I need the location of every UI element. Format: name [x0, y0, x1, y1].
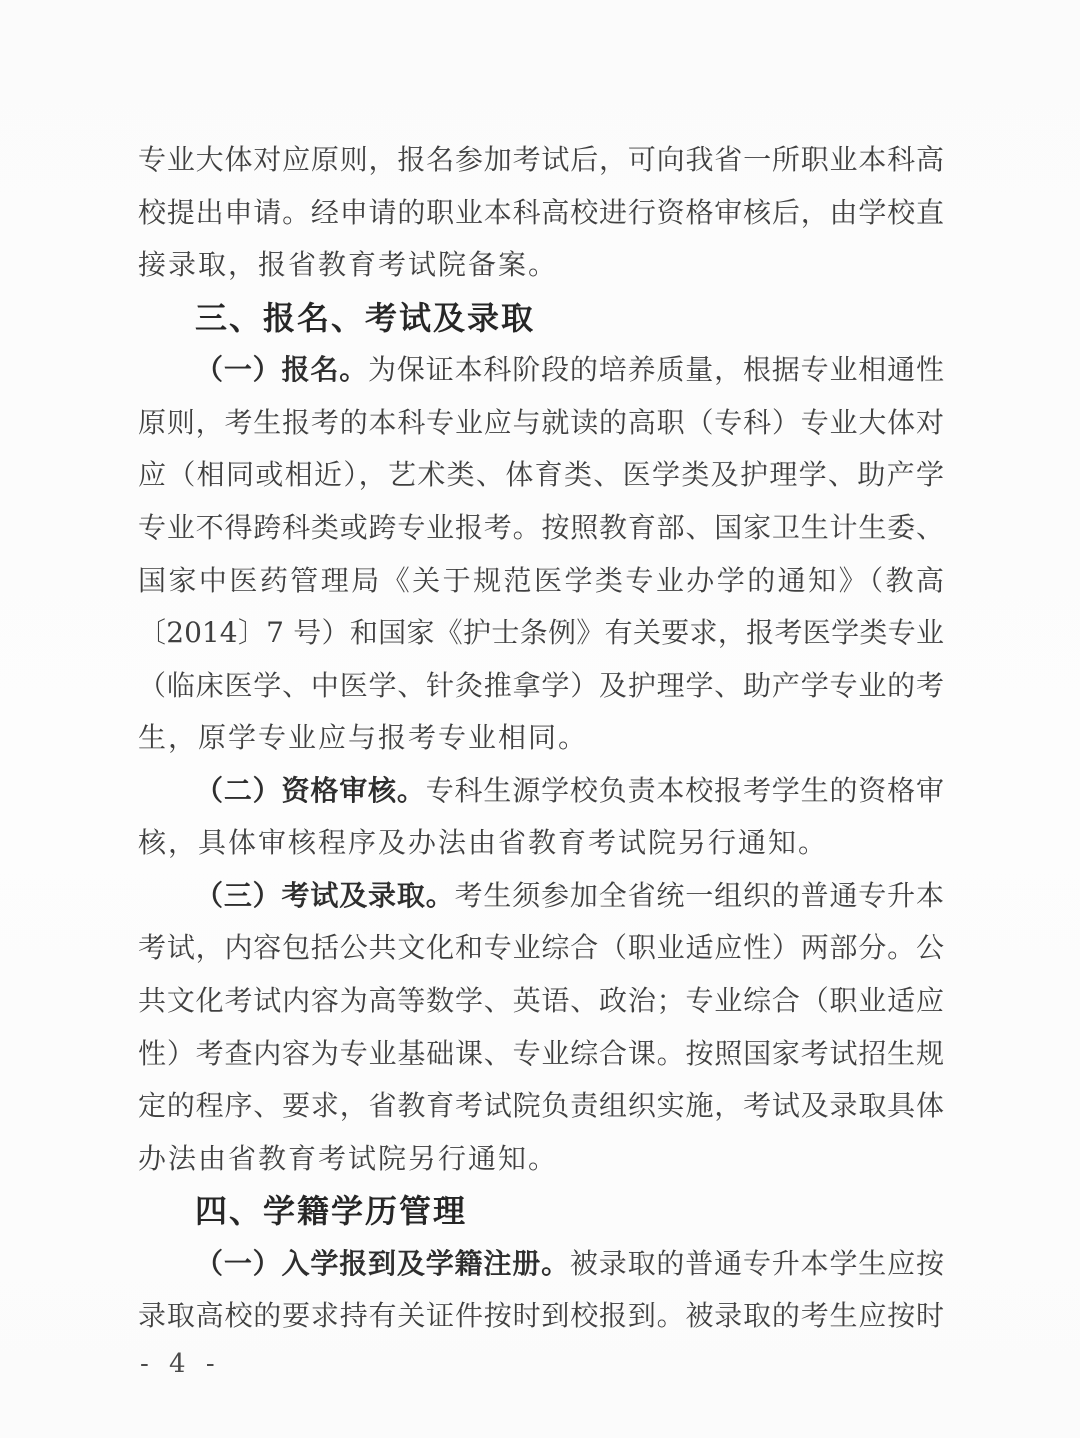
text-line: （三）考试及录取。考生须参加全省统一组织的普通专升本 [138, 870, 944, 923]
text-line: 校提出申请。经申请的职业本科高校进行资格审核后，由学校直 [138, 187, 944, 240]
line-text: 共文化考试内容为高等数学、英语、政治；专业综合（职业适应 [138, 984, 944, 1017]
line-text: 被录取的普通专升本学生应按 [570, 1247, 944, 1280]
line-text: 接录取，报省教育考试院备案。 [138, 248, 558, 281]
page-number: - 4 - [140, 1346, 221, 1382]
section-heading-3: 三、报名、考试及录取 [138, 292, 944, 345]
line-text: 校提出申请。经申请的职业本科高校进行资格审核后，由学校直 [138, 196, 944, 229]
text-line: 性）考查内容为专业基础课、专业综合课。按照国家考试招生规 [138, 1028, 944, 1081]
line-text: 考生须参加全省统一组织的普通专升本 [455, 879, 944, 912]
line-text: 为保证本科阶段的培养质量，根据专业相通性 [368, 353, 944, 386]
text-line: 核，具体审核程序及办法由省教育考试院另行通知。 [138, 817, 944, 870]
text-line: 〔2014〕7 号）和国家《护士条例》有关要求，报考医学类专业 [138, 607, 944, 660]
line-text: 应（相同或相近），艺术类、体育类、医学类及护理学、助产学 [138, 458, 944, 491]
heading-text: 三、报名、考试及录取 [195, 299, 535, 337]
line-text: 核，具体审核程序及办法由省教育考试院另行通知。 [138, 826, 828, 859]
line-text: 原则，考生报考的本科专业应与就读的高职（专科）专业大体对 [138, 406, 944, 439]
line-text: 〔2014〕7 号）和国家《护士条例》有关要求，报考医学类专业 [138, 616, 944, 649]
text-line: 定的程序、要求，省教育考试院负责组织实施，考试及录取具体 [138, 1080, 944, 1133]
paragraph-lead: （二）资格审核。 [195, 774, 426, 807]
text-line: （一）报名。为保证本科阶段的培养质量，根据专业相通性 [138, 344, 944, 397]
line-text: 专业不得跨科类或跨专业报考。按照教育部、国家卫生计生委、 [138, 511, 944, 544]
text-line: 考试，内容包括公共文化和专业综合（职业适应性）两部分。公 [138, 922, 944, 975]
text-line: 录取高校的要求持有关证件按时到校报到。被录取的考生应按时 [138, 1290, 944, 1343]
text-line: 专业不得跨科类或跨专业报考。按照教育部、国家卫生计生委、 [138, 502, 944, 555]
text-line: 生，原学专业应与报考专业相同。 [138, 712, 944, 765]
section-heading-4: 四、学籍学历管理 [138, 1185, 944, 1238]
line-text: （临床医学、中医学、针灸推拿学）及护理学、助产学专业的考 [138, 669, 944, 702]
text-line: （临床医学、中医学、针灸推拿学）及护理学、助产学专业的考 [138, 660, 944, 713]
line-text: 办法由省教育考试院另行通知。 [138, 1142, 558, 1175]
line-text: 录取高校的要求持有关证件按时到校报到。被录取的考生应按时 [138, 1299, 944, 1332]
line-text: 专科生源学校负责本校报考学生的资格审 [426, 774, 944, 807]
line-text: 性）考查内容为专业基础课、专业综合课。按照国家考试招生规 [138, 1037, 944, 1070]
line-text: 专业大体对应原则，报名参加考试后，可向我省一所职业本科高 [138, 143, 944, 176]
paragraph-lead: （三）考试及录取。 [195, 879, 455, 912]
paragraph-lead: （一）报名。 [195, 353, 368, 386]
text-line: 接录取，报省教育考试院备案。 [138, 239, 944, 292]
line-text: 生，原学专业应与报考专业相同。 [138, 721, 588, 754]
line-text: 考试，内容包括公共文化和专业综合（职业适应性）两部分。公 [138, 931, 944, 964]
document-page: 专业大体对应原则，报名参加考试后，可向我省一所职业本科高 校提出申请。经申请的职… [0, 0, 1080, 1438]
text-line: 办法由省教育考试院另行通知。 [138, 1133, 944, 1186]
line-text: 国家中医药管理局《关于规范医学类专业办学的通知》（教高 [138, 564, 944, 597]
line-text: 定的程序、要求，省教育考试院负责组织实施，考试及录取具体 [138, 1089, 944, 1122]
text-line: （一）入学报到及学籍注册。被录取的普通专升本学生应按 [138, 1238, 944, 1291]
text-line: 国家中医药管理局《关于规范医学类专业办学的通知》（教高 [138, 555, 944, 608]
paragraph-lead: （一）入学报到及学籍注册。 [195, 1247, 570, 1280]
text-line: 应（相同或相近），艺术类、体育类、医学类及护理学、助产学 [138, 449, 944, 502]
text-line: 原则，考生报考的本科专业应与就读的高职（专科）专业大体对 [138, 397, 944, 450]
heading-text: 四、学籍学历管理 [195, 1192, 467, 1230]
text-line: （二）资格审核。专科生源学校负责本校报考学生的资格审 [138, 765, 944, 818]
document-text-block: 专业大体对应原则，报名参加考试后，可向我省一所职业本科高 校提出申请。经申请的职… [138, 134, 944, 1343]
text-line: 共文化考试内容为高等数学、英语、政治；专业综合（职业适应 [138, 975, 944, 1028]
text-line: 专业大体对应原则，报名参加考试后，可向我省一所职业本科高 [138, 134, 944, 187]
